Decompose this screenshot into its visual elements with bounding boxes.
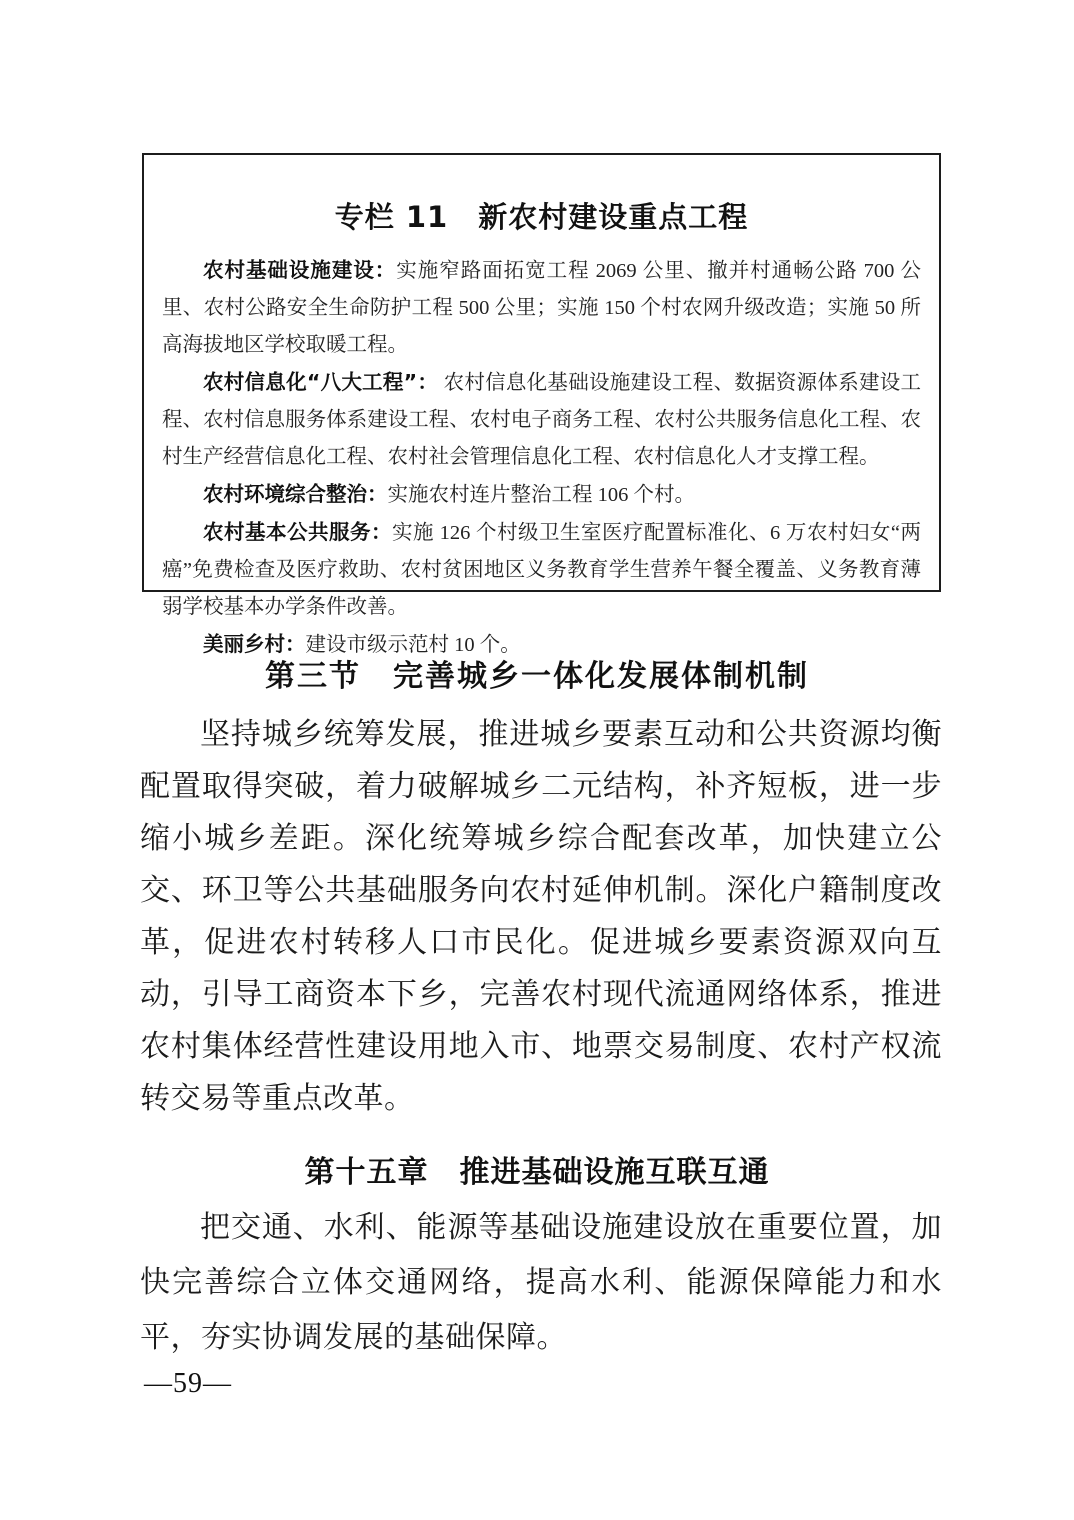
page-number: —59—: [144, 1368, 232, 1400]
box-item-label: 农村环境综合整治：: [203, 482, 388, 506]
body-paragraph-urban-rural-integration: 坚持城乡统筹发展，推进城乡要素互动和公共资源均衡配置取得突破，着力破解城乡二元结…: [140, 709, 942, 1125]
chapter-heading-15: 第十五章 推进基础设施互联互通: [0, 1147, 1074, 1191]
box-paragraph-rural-informatization: 农村信息化“八大工程”： 农村信息化基础设施建设工程、数据资源体系建设工程、农村…: [162, 364, 921, 476]
box-paragraph-rural-public-services: 农村基本公共服务：实施 126 个村级卫生室医疗配置标准化、6 万农村妇女“两癌…: [162, 514, 921, 626]
body-paragraph-infrastructure-connectivity: 把交通、水利、能源等基础设施建设放在重要位置，加快完善综合立体交通网络，提高水利…: [140, 1200, 942, 1365]
box-title: 专栏 11 新农村建设重点工程: [162, 195, 921, 236]
box-item-label: 农村基础设施建设：: [203, 258, 396, 282]
section-heading-3: 第三节 完善城乡一体化发展体制机制: [0, 651, 1074, 695]
box-paragraph-rural-infrastructure: 农村基础设施建设：实施窄路面拓宽工程 2069 公里、撤并村通畅公路 700 公…: [162, 252, 921, 364]
box-item-label: 农村信息化“八大工程”：: [203, 370, 438, 394]
highlight-box: 专栏 11 新农村建设重点工程 农村基础设施建设：实施窄路面拓宽工程 2069 …: [142, 153, 941, 592]
box-item-text: 实施农村连片整治工程 106 个村。: [388, 484, 696, 506]
box-item-label: 农村基本公共服务：: [203, 520, 392, 544]
document-page: 专栏 11 新农村建设重点工程 农村基础设施建设：实施窄路面拓宽工程 2069 …: [0, 0, 1074, 1520]
box-paragraph-rural-environment: 农村环境综合整治：实施农村连片整治工程 106 个村。: [162, 476, 921, 514]
